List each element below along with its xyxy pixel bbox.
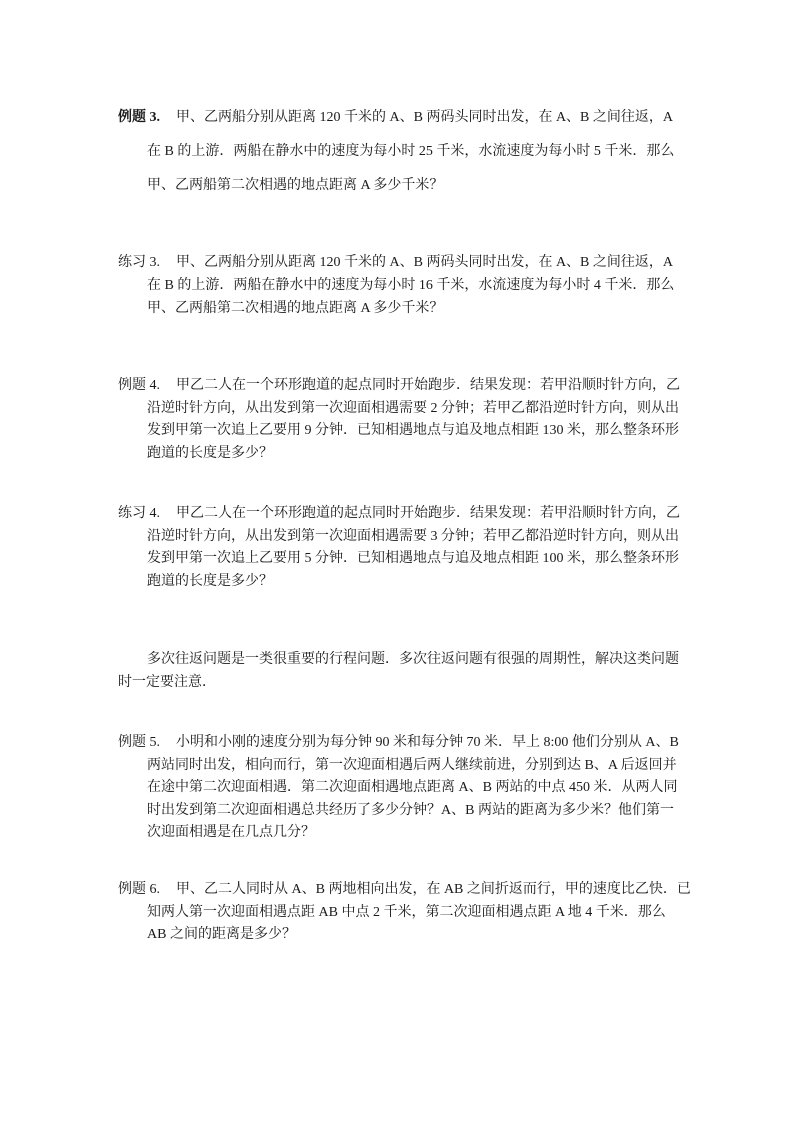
problem-text-line: 知两人第一次迎面相遇点距 AB 中点 2 千米，第二次迎面相遇点距 A 地 4 … (118, 902, 674, 925)
problem-text-line: 甲乙二人在一个环形跑道的起点同时开始跑步．结果发现：若甲沿顺时针方向，乙 (176, 506, 680, 521)
problem-text-line: 甲、乙两船第二次相遇的地点距离 A 多少千米？ (118, 297, 674, 320)
problem-text-line: 在 B 的上游．两船在静水中的速度为每小时 25 千米，水流速度为每小时 5 千… (118, 135, 674, 169)
intro-paragraph: 多次往返问题是一类很重要的行程问题．多次往返问题有很强的周期性，解决这类问题 时… (118, 648, 674, 694)
problem-example-4: 例题 4.甲乙二人在一个环形跑道的起点同时开始跑步．结果发现：若甲沿顺时针方向，… (118, 375, 674, 465)
intro-text-line: 多次往返问题是一类很重要的行程问题．多次往返问题有很强的周期性，解决这类问题 (118, 648, 674, 671)
problem-text-line: 甲、乙两船分别从距离 120 千米的 A、B 两码头同时出发，在 A、B 之间往… (176, 255, 673, 270)
problem-text-line: 沿逆时针方向，从出发到第一次迎面相遇需要 3 分钟；若甲乙都沿逆时针方向，则从出 (118, 526, 674, 549)
problem-text-line: 甲乙二人在一个环形跑道的起点同时开始跑步．结果发现：若甲沿顺时针方向，乙 (176, 378, 680, 393)
problem-text-line: 在途中第二次迎面相遇．第二次迎面相遇地点距离 A、B 两站的中点 450 米．从… (118, 777, 674, 800)
problem-text-line: 跑道的长度是多少？ (118, 571, 674, 594)
problem-text-line: 次迎面相遇是在几点几分？ (118, 822, 674, 845)
problem-example-6: 例题 6.甲、乙二人同时从 A、B 两地相向出发，在 AB 之间折返而行，甲的速… (118, 879, 674, 947)
problem-exercise-3: 练习 3.甲、乙两船分别从距离 120 千米的 A、B 两码头同时出发，在 A、… (118, 251, 674, 320)
problem-label: 练习 4. (118, 503, 176, 526)
problem-text-line: 发到甲第一次追上乙要用 5 分钟．已知相遇地点与追及地点相距 100 米，那么整… (118, 548, 674, 571)
problem-text-line: 时出发到第二次迎面相遇总共经历了多少分钟？A、B 两站的距离为多少米？他们第一 (118, 800, 674, 823)
problem-label: 练习 3. (118, 251, 176, 274)
problem-label: 例题 5. (118, 732, 176, 755)
problem-text-line: 沿逆时针方向，从出发到第一次迎面相遇需要 2 分钟；若甲乙都沿逆时针方向，则从出 (118, 398, 674, 421)
problem-text-line: 甲、乙二人同时从 A、B 两地相向出发，在 AB 之间折返而行，甲的速度比乙快．… (176, 882, 691, 897)
problem-example-3: 例题 3.甲、乙两船分别从距离 120 千米的 A、B 两码头同时出发，在 A、… (118, 101, 674, 203)
problem-label: 例题 4. (118, 375, 176, 398)
problem-text-line: 两站同时出发，相向而行，第一次迎面相遇后两人继续前进，分别到达 B、A 后返回并 (118, 755, 674, 778)
problem-text-line: 跑道的长度是多少？ (118, 443, 674, 466)
problem-label: 例题 3. (118, 101, 176, 135)
intro-text-line: 时一定要注意． (118, 671, 674, 694)
problem-exercise-4: 练习 4.甲乙二人在一个环形跑道的起点同时开始跑步．结果发现：若甲沿顺时针方向，… (118, 503, 674, 593)
problem-text-line: 在 B 的上游．两船在静水中的速度为每小时 16 千米，水流速度为每小时 4 千… (118, 274, 674, 297)
problem-text-line: 发到甲第一次追上乙要用 9 分钟．已知相遇地点与追及地点相距 130 米，那么整… (118, 420, 674, 443)
problem-text-line: 甲、乙两船分别从距离 120 千米的 A、B 两码头同时出发，在 A、B 之间往… (176, 110, 673, 125)
problem-text-line: 小明和小刚的速度分别为每分钟 90 米和每分钟 70 米．早上 8:00 他们分… (176, 735, 679, 750)
problem-example-5: 例题 5.小明和小刚的速度分别为每分钟 90 米和每分钟 70 米．早上 8:0… (118, 732, 674, 845)
problem-label: 例题 6. (118, 879, 176, 902)
problem-text-line: AB 之间的距离是多少？ (118, 924, 674, 947)
problem-text-line: 甲、乙两船第二次相遇的地点距离 A 多少千米？ (118, 169, 674, 203)
